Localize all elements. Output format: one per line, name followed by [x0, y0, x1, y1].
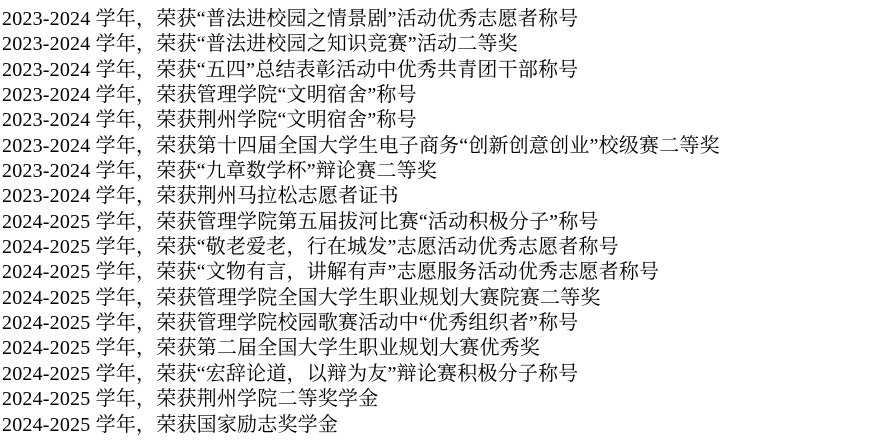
award-line: 2024-2025 学年，荣获管理学院全国大学生职业规划大赛院赛二等奖: [2, 286, 874, 311]
awards-list: 2023-2024 学年，荣获“普法进校园之情景剧”活动优秀志愿者称号 2023…: [2, 7, 874, 438]
award-line: 2023-2024 学年，荣获“普法进校园之情景剧”活动优秀志愿者称号: [2, 7, 874, 32]
award-line: 2024-2025 学年，荣获“敬老爱老，行在城发”志愿活动优秀志愿者称号: [2, 235, 874, 260]
award-line: 2024-2025 学年，荣获国家励志奖学金: [2, 413, 874, 438]
award-line: 2024-2025 学年，荣获“宏辞论道，以辩为友”辩论赛积极分子称号: [2, 362, 874, 387]
award-line: 2023-2024 学年，荣获荆州学院“文明宿舍”称号: [2, 108, 874, 133]
award-line: 2023-2024 学年，荣获管理学院“文明宿舍”称号: [2, 83, 874, 108]
award-line: 2024-2025 学年，荣获荆州学院二等奖学金: [2, 387, 874, 412]
award-line: 2023-2024 学年，荣获“九章数学杯”辩论赛二等奖: [2, 159, 874, 184]
award-line: 2023-2024 学年，荣获第十四届全国大学生电子商务“创新创意创业”校级赛二…: [2, 134, 874, 159]
awards-document: 2023-2024 学年，荣获“普法进校园之情景剧”活动优秀志愿者称号 2023…: [0, 0, 874, 444]
award-line: 2023-2024 学年，荣获“普法进校园之知识竞赛”活动二等奖: [2, 32, 874, 57]
award-line: 2024-2025 学年，荣获管理学院校园歌赛活动中“优秀组织者”称号: [2, 311, 874, 336]
award-line: 2024-2025 学年，荣获管理学院第五届拔河比赛“活动积极分子”称号: [2, 210, 874, 235]
award-line: 2023-2024 学年，荣获“五四”总结表彰活动中优秀共青团干部称号: [2, 58, 874, 83]
award-line: 2024-2025 学年，荣获“文物有言，讲解有声”志愿服务活动优秀志愿者称号: [2, 260, 874, 285]
award-line: 2024-2025 学年，荣获第二届全国大学生职业规划大赛优秀奖: [2, 336, 874, 361]
award-line: 2023-2024 学年，荣获荆州马拉松志愿者证书: [2, 184, 874, 209]
